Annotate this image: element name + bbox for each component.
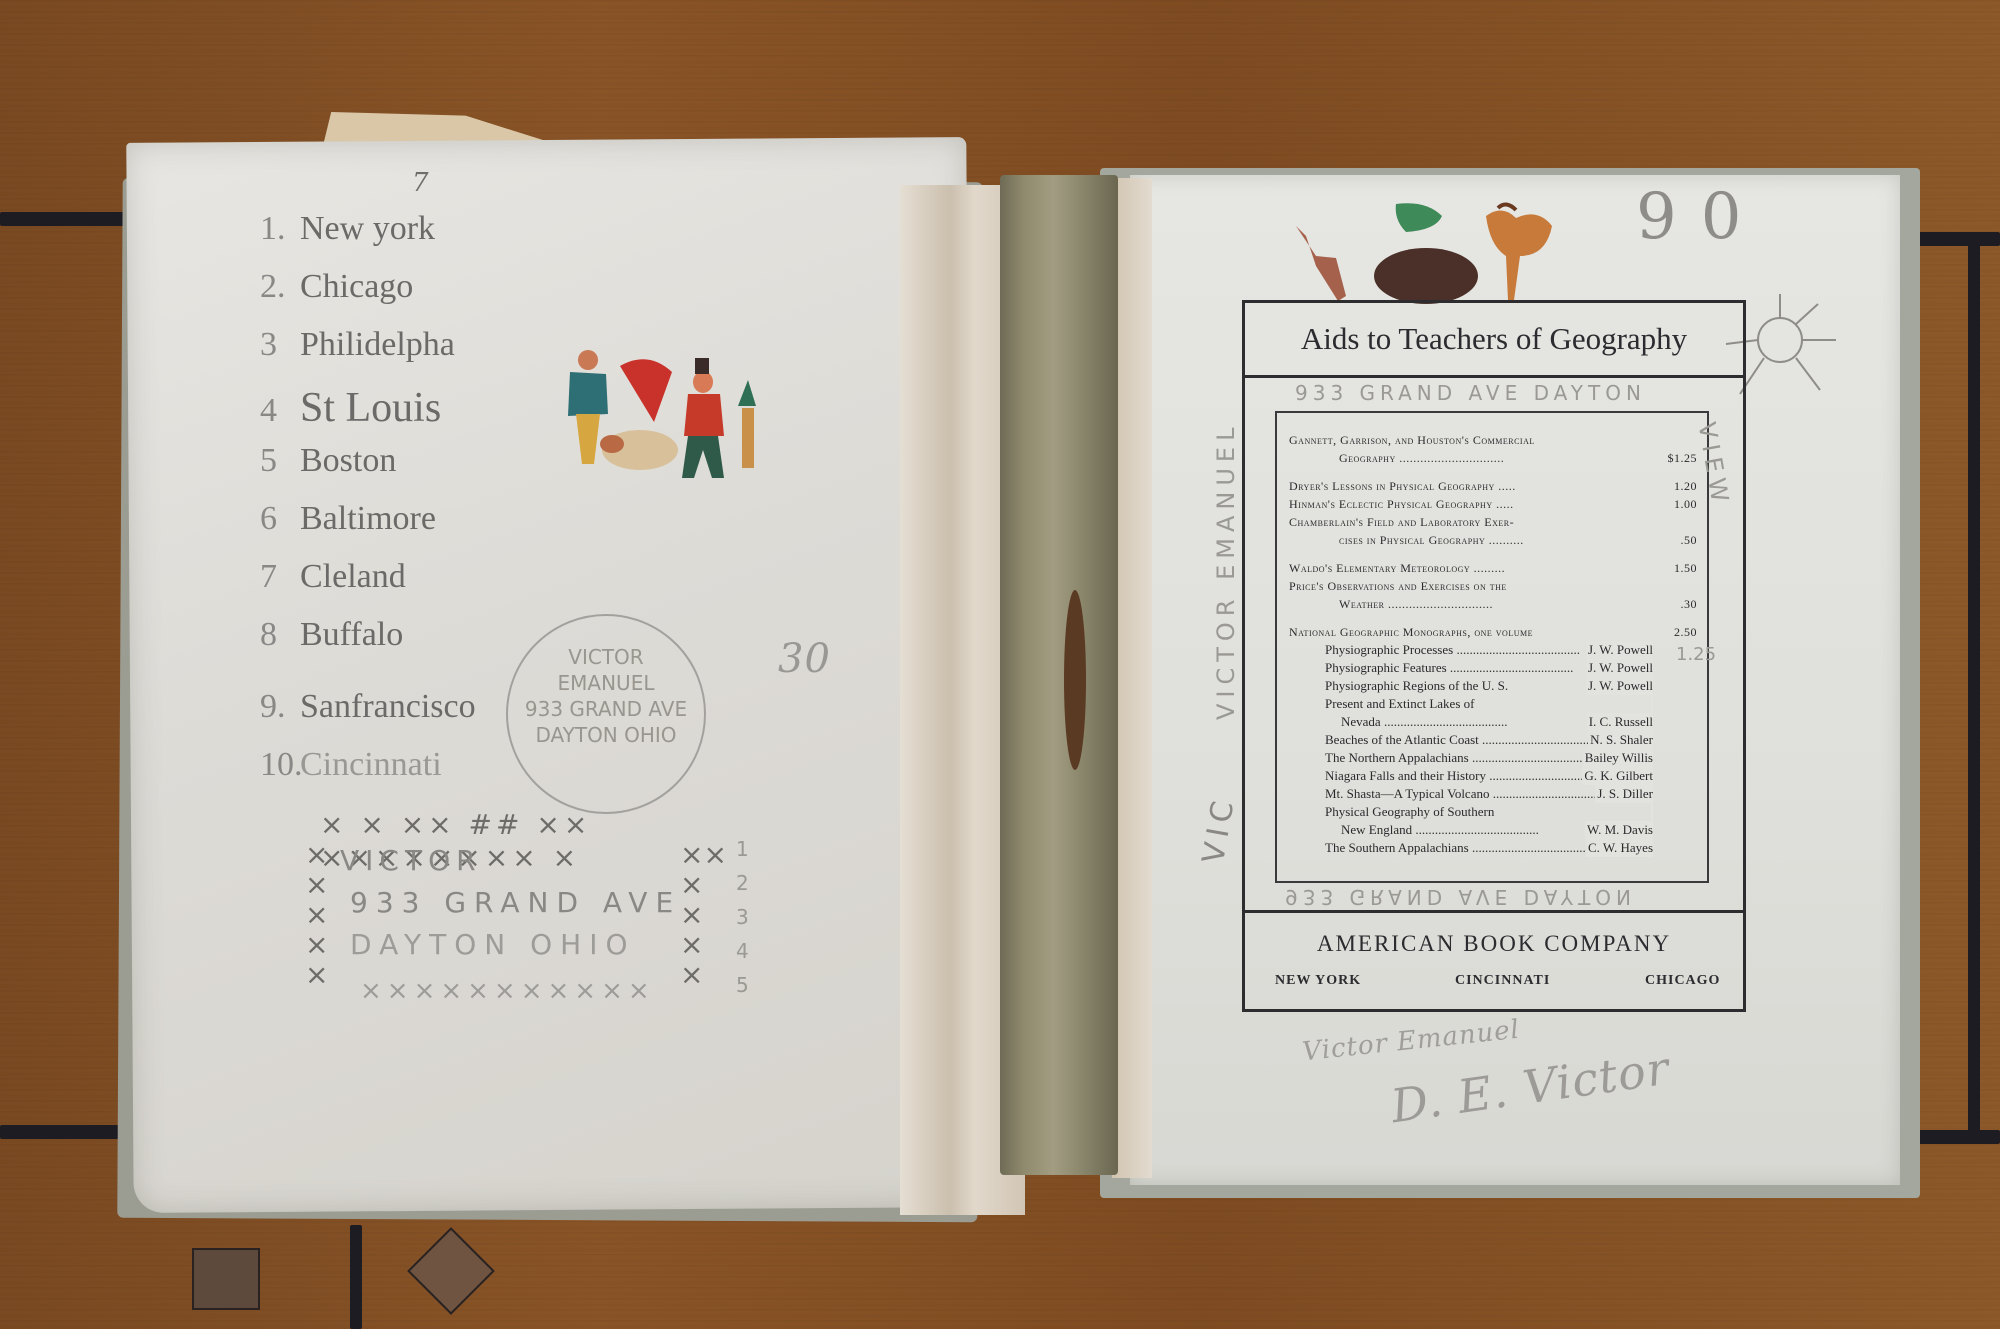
book-list-item: Hinman's Eclectic Physical Geography ...…	[1289, 495, 1697, 513]
table-board-gap	[1968, 240, 1980, 1140]
right-hinge-paper	[1112, 178, 1152, 1178]
publisher-name: AMERICAN BOOK COMPANY	[1245, 931, 1743, 957]
book-list-item: cises in Physical Geography ...........5…	[1289, 531, 1697, 549]
book-list-item: Dryer's Lessons in Physical Geography ..…	[1289, 477, 1697, 495]
pencil-number-top: 90	[1636, 180, 1765, 254]
book-list-box: Gannett, Garrison, and Houston's Commerc…	[1275, 411, 1709, 883]
city-row: 2.Chicago	[260, 268, 476, 326]
book-list-item: Weather ...............................3…	[1289, 595, 1697, 613]
x-border-right: ××××××	[680, 840, 727, 990]
city-row: 6Baltimore	[260, 500, 476, 558]
monograph-item: Mt. Shasta—A Typical VolcanoJ. S. Diller	[1289, 785, 1697, 803]
book-list-item: Chamberlain's Field and Laboratory Exer-	[1289, 513, 1697, 531]
monograph-item: Physiographic Regions of the U. S.J. W. …	[1289, 677, 1697, 695]
monograph-item: Physical Geography of Southern	[1289, 803, 1697, 821]
monograph-item: Niagara Falls and their HistoryG. K. Gil…	[1289, 767, 1697, 785]
pencil-margin-price: 1.25	[1676, 644, 1716, 665]
side-number-column: 1 2 3 4 5	[736, 832, 749, 1002]
book-spine-cloth	[1000, 175, 1118, 1175]
publisher-city: CINCINNATI	[1455, 973, 1550, 989]
pencil-address-top: 933 GRAND AVE DAYTON	[1295, 381, 1646, 405]
monograph-item: The Northern AppalachiansBailey Willis	[1289, 749, 1697, 767]
city-row: 3Philidelpha	[260, 326, 476, 384]
city-name: Philidelpha	[300, 326, 455, 363]
pencil-circle-stamp: VICTOR EMANUEL 933 GRAND AVE DAYTON OHIO	[506, 614, 706, 814]
x-block-line: 933 GRAND AVE	[350, 886, 681, 919]
monograph-item: Physiographic FeaturesJ. W. Powell	[1289, 659, 1697, 677]
publisher-city: CHICAGO	[1645, 973, 1720, 989]
spine-tear	[1064, 590, 1086, 770]
table-board-gap	[0, 1125, 130, 1139]
x-bordered-name-block: × × ×× ## ×× ×××××××× × ××××× ×××××× VIC…	[300, 800, 760, 1020]
city-name: St Louis	[300, 385, 441, 431]
monograph-item: The Southern AppalachiansC. W. Hayes	[1289, 839, 1697, 857]
table-board-gap	[350, 1225, 362, 1329]
city-row: 10.Cincinnati	[260, 746, 476, 804]
margin-number: 30	[778, 636, 831, 682]
pencil-address-mirrored: 933 GRAND AVE DAYTON	[1285, 885, 1636, 909]
city-row: 7Cleland	[260, 558, 476, 616]
crayon-animal-drawings	[1276, 196, 1576, 306]
x-border-bottom: ×××××××××××	[360, 976, 655, 1006]
city-row: 9.Sanfrancisco	[260, 688, 476, 746]
city-row: 8Buffalo	[260, 616, 476, 674]
metal-bracket	[192, 1248, 260, 1310]
city-name: Buffalo	[300, 616, 403, 653]
city-name: New york	[300, 210, 435, 247]
ad-title: Aids to Teachers of Geography	[1301, 321, 1687, 357]
city-name: Boston	[300, 442, 396, 479]
x-block-line: VICTOR	[340, 844, 482, 877]
city-name: Sanfrancisco	[300, 688, 476, 725]
page-mark: 7	[412, 168, 430, 198]
book-list-item: Price's Observations and Exercises on th…	[1289, 577, 1697, 595]
city-row: 1.New york	[260, 210, 476, 268]
city-name: Cleland	[300, 558, 406, 595]
monograph-item: New EnglandW. M. Davis	[1289, 821, 1697, 839]
pencil-vertical-name: VICTOR EMANUEL	[1212, 422, 1240, 720]
monograph-item: Present and Extinct Lakes of	[1289, 695, 1697, 713]
x-block-line: DAYTON OHIO	[350, 928, 636, 961]
book-list-item: National Geographic Monographs, one volu…	[1289, 623, 1697, 641]
city-name: Cincinnati	[300, 746, 442, 783]
publisher-imprint: AMERICAN BOOK COMPANY NEW YORK CINCINNAT…	[1245, 910, 1743, 1009]
monograph-item: NevadaI. C. Russell	[1289, 713, 1697, 731]
publisher-city: NEW YORK	[1275, 973, 1361, 989]
x-border-left: ×××××	[305, 840, 328, 990]
monograph-item: Beaches of the Atlantic CoastN. S. Shale…	[1289, 731, 1697, 749]
book-list-item: Waldo's Elementary Meteorology .........…	[1289, 559, 1697, 577]
victorian-sticker-umbrella-scene	[548, 340, 764, 482]
city-row: 4St Louis	[260, 384, 476, 442]
city-row: 5Boston	[260, 442, 476, 500]
book-list-item: Gannett, Garrison, and Houston's Commerc…	[1289, 431, 1697, 449]
book-list-item: Geography ..............................…	[1289, 449, 1697, 467]
handwritten-city-list: 1.New york 2.Chicago 3Philidelpha 4St Lo…	[260, 210, 476, 804]
diamond-inlay	[407, 1227, 495, 1315]
publisher-advertisement: Aids to Teachers of Geography 933 GRAND …	[1242, 300, 1746, 1012]
city-name: Chicago	[300, 268, 413, 305]
monograph-item: Physiographic ProcessesJ. W. Powell	[1289, 641, 1697, 659]
city-name: Baltimore	[300, 500, 436, 537]
